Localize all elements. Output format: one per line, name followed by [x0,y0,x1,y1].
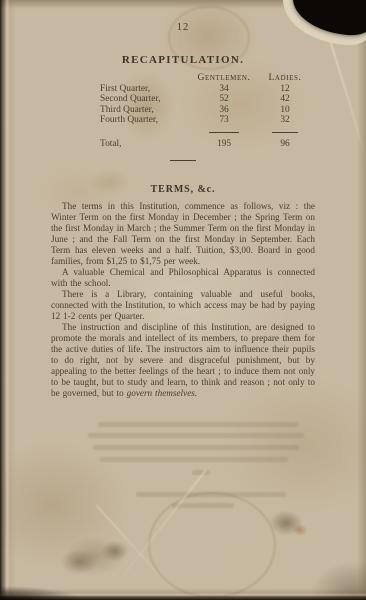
page-number: 12 [50,22,316,33]
terms-heading: TERMS, &c. [51,184,315,195]
bottom-left-corner-shadow [0,586,80,600]
recapitulation-table: Gentlemen. Ladies. First Quarter, 34 12 … [50,72,316,149]
table-row: First Quarter, 34 12 [50,84,316,94]
table-row: Fourth Quarter, 73 32 [50,115,316,125]
terms-paragraph: There is a Library, containing valuable … [51,289,315,322]
sum-rule [209,132,239,133]
table-row: Third Quarter, 36 10 [50,105,316,115]
column-header-ladies: Ladies. [262,72,308,83]
terms-paragraph: The instruction and discipline of this I… [51,322,315,399]
page-edge-right [357,0,366,600]
table-total-row: Total, 195 96 [50,139,316,149]
terms-paragraph: A valuable Chemical and Philosophical Ap… [51,267,315,289]
scanned-book-page: 12 RECAPITULATION. Gentlemen. Ladies. Fi… [0,0,366,600]
terms-paragraph-main: The instruction and discipline of this I… [51,322,315,398]
table-header-spacer [50,72,186,83]
terms-paragraph-italic: govern themselves. [127,388,198,398]
column-header-gentlemen: Gentlemen. [186,72,262,83]
sum-rule [272,132,298,133]
terms-section: TERMS, &c. The terms in this Institution… [51,184,315,399]
section-divider [170,160,196,161]
table-row: Second Quarter, 52 42 [50,94,316,104]
recapitulation-heading: RECAPITULATION. [50,54,316,66]
terms-paragraph: The terms in this Institution, commence … [51,201,315,267]
bleed-through-marks [88,420,316,515]
table-header-row: Gentlemen. Ladies. [50,72,316,83]
page-edge-left [0,0,16,600]
page-paper: 12 RECAPITULATION. Gentlemen. Ladies. Fi… [0,0,366,600]
sum-rules-row [50,128,316,138]
